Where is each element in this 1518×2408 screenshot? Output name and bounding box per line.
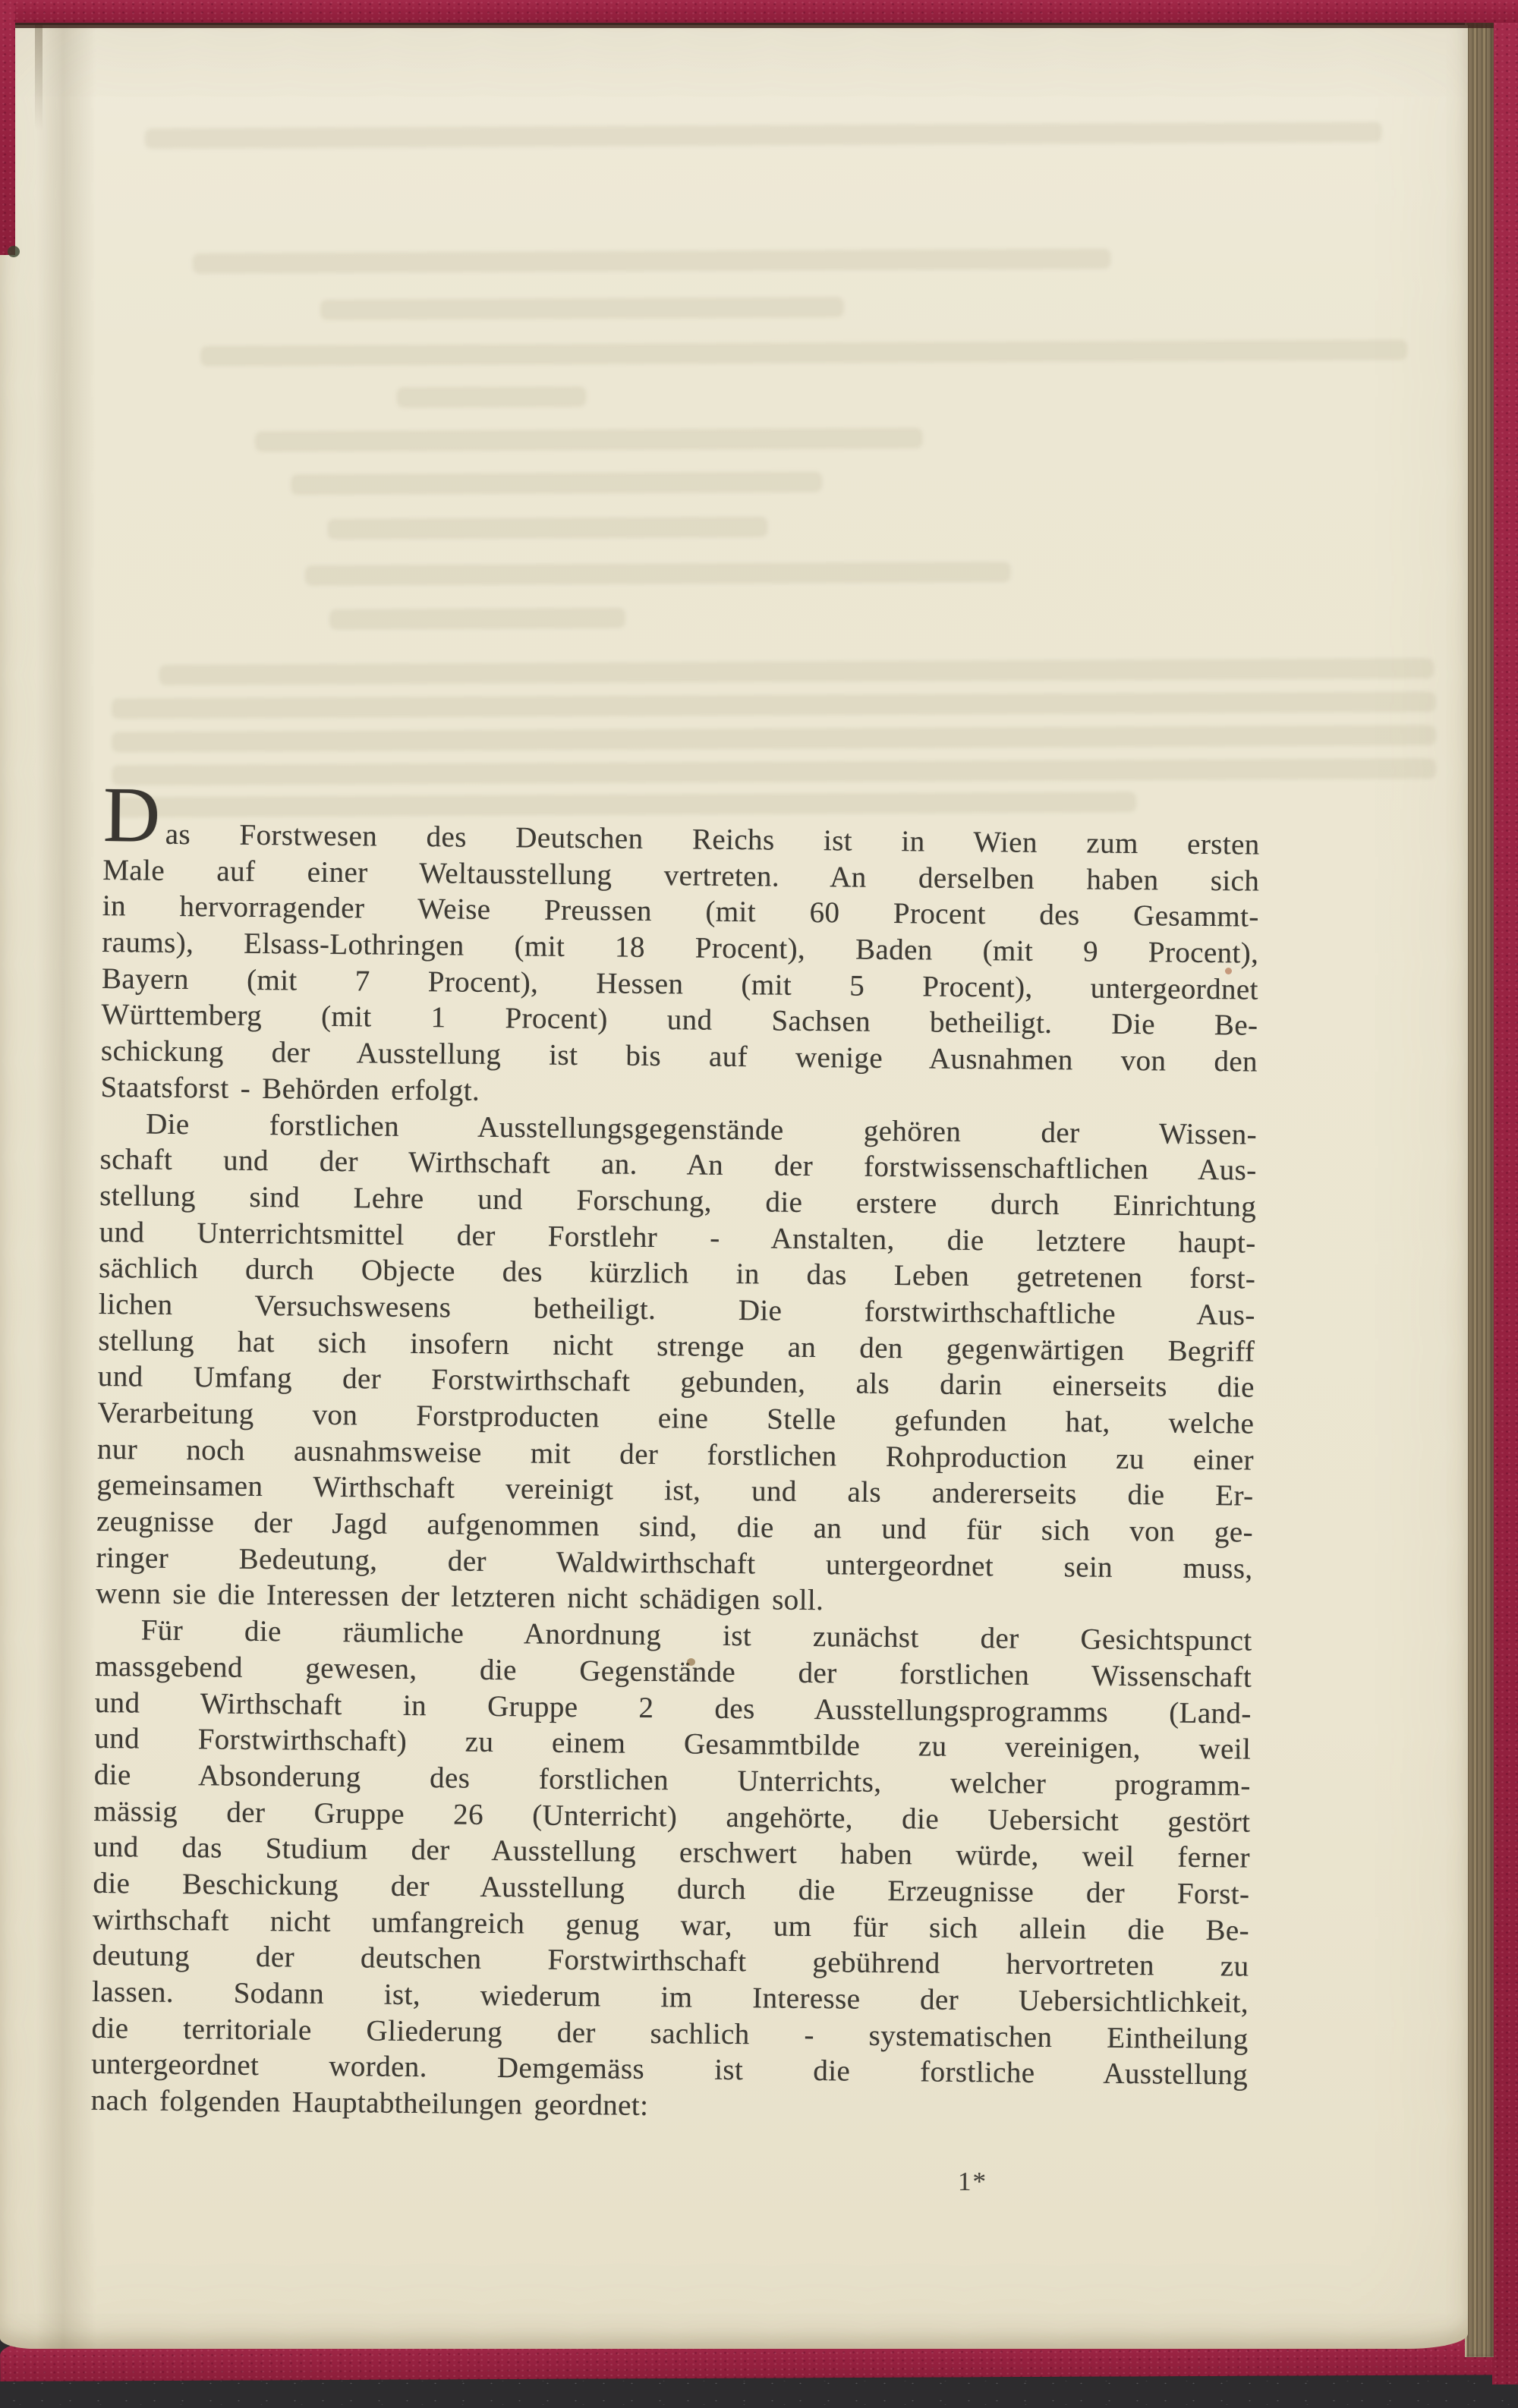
bleed-through-line [329,608,625,630]
book-cover-right-edge [1492,0,1518,2384]
paragraph: Für die räumliche Anordnung ist zunächst… [91,1612,1252,2129]
bleed-through-line [112,691,1436,719]
paragraph: Die forstlichen Ausstellungsgegenstände … [96,1105,1257,1623]
bleed-through-line [112,725,1436,752]
bleed-through-line [112,792,1136,817]
paper-stain [1225,968,1232,974]
bleed-through-line [396,386,586,408]
bleed-through-line [291,471,822,495]
cover-corner-speck [8,246,20,257]
bleed-through-line [255,428,923,452]
book-photo: { "page": { "paragraphs": [ { "drop_cap"… [0,0,1518,2408]
bleed-through-line [200,339,1407,366]
cover-top-shadow [0,23,1494,28]
bleed-through-line [320,297,844,320]
bleed-through-line [193,248,1111,273]
bleed-through-line [327,517,767,540]
text-block: Das Forstwesen des Deutschen Reichs ist … [91,816,1260,2129]
book-cover-left-edge [0,0,15,255]
drop-cap-initial: D [103,776,161,855]
bleed-through-line [145,122,1382,150]
book-page: Das Forstwesen des Deutschen Reichs ist … [0,25,1468,2349]
bleed-through-line [112,758,1436,785]
bleed-through-line [159,658,1434,685]
paper-stain [687,1658,695,1666]
bleed-through-line [305,562,1011,586]
signature-mark: 1* [958,2167,987,2197]
book-cover-top-edge [0,0,1518,23]
paragraph: Das Forstwesen des Deutschen Reichs ist … [100,816,1260,1116]
